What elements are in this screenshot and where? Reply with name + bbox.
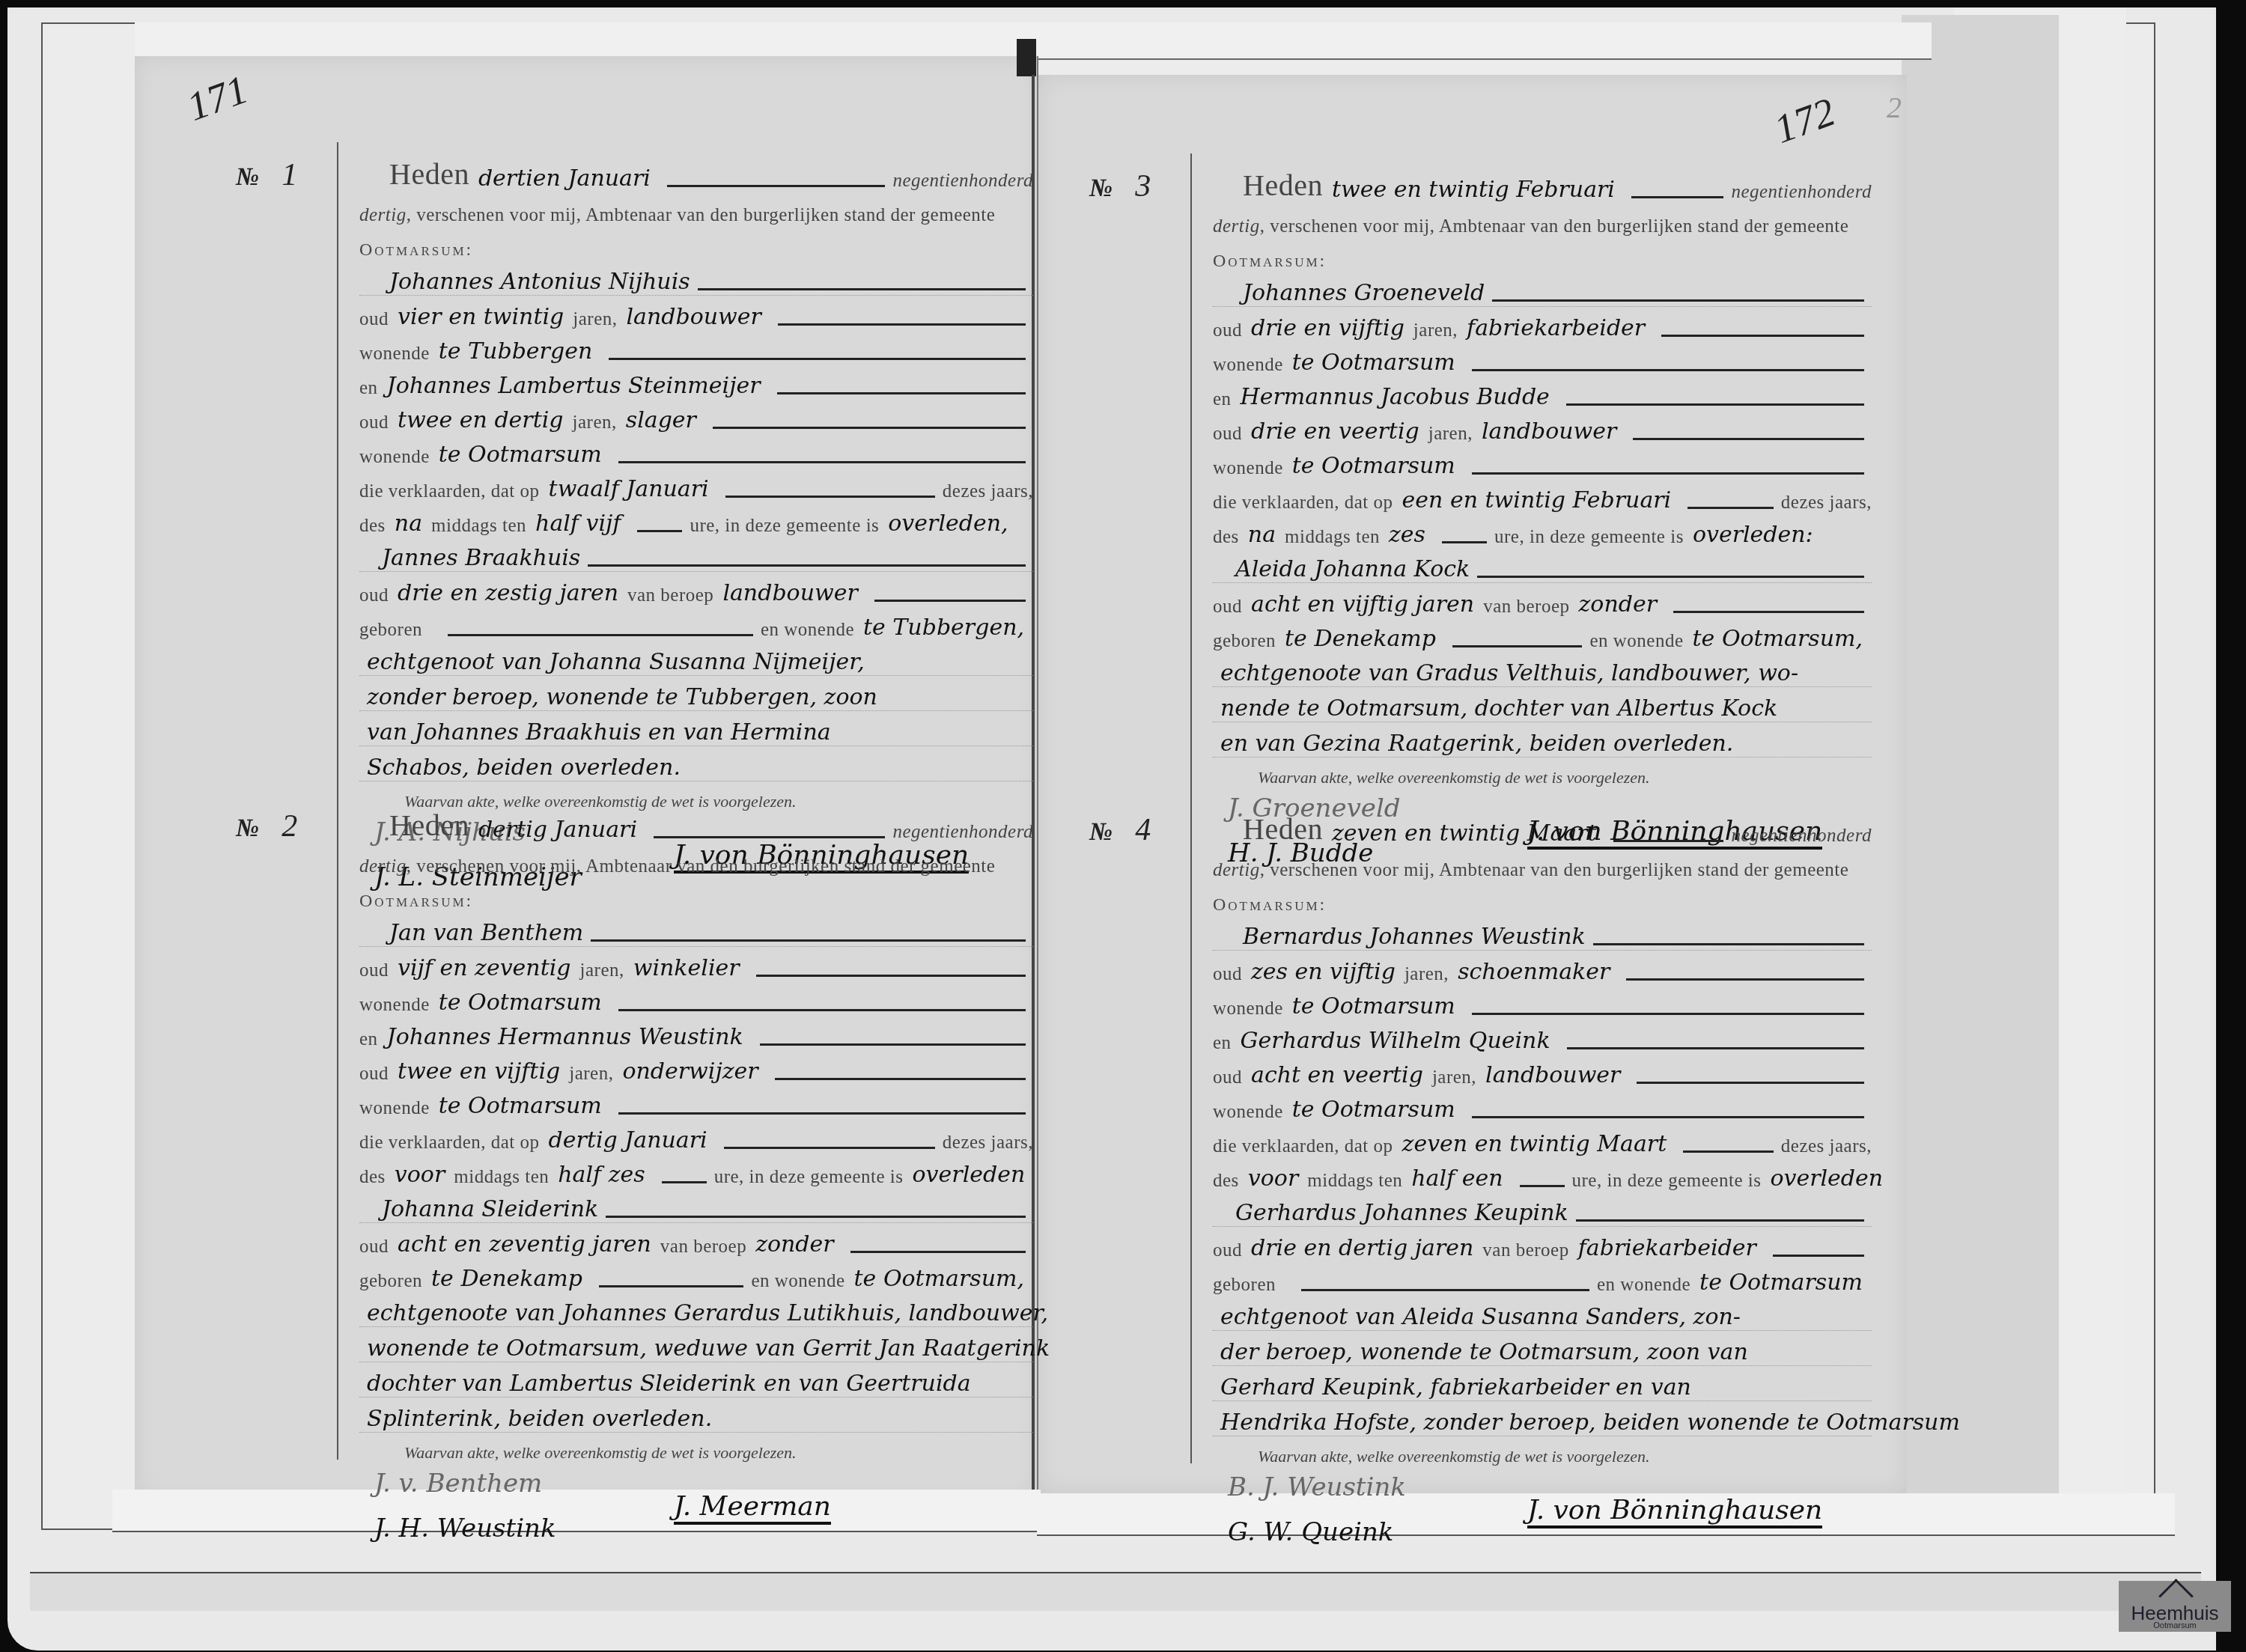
deceased-age: drie en dertig jaren (1251, 1235, 1473, 1261)
witness1-age: vijf en zeventig (398, 955, 571, 981)
am-pm: voor (1248, 1165, 1298, 1192)
witness1-residence: te Tubbergen (439, 338, 592, 365)
en-label: en (359, 378, 378, 399)
detail-line: dochter van Lambertus Sleiderink en van … (359, 1362, 1033, 1398)
detail-line: der beroep, wonende te Ootmarsum, zoon v… (1213, 1331, 1872, 1366)
death-record-2: №2 Hedendertig Januarinegentienhonderd d… (359, 808, 1033, 1581)
deceased-residence: te Ootmarsum (1699, 1270, 1863, 1296)
wonende-label: wonende (1213, 458, 1283, 479)
number-label: № (1089, 174, 1113, 202)
year-suffix: negentienhonderd (1731, 182, 1872, 203)
year-line: dertig (359, 205, 407, 226)
folio-small-mark: 2 (1887, 90, 1902, 125)
heemhuis-logo: Heemhuis Ootmarsum (2119, 1581, 2231, 1632)
record-number: №2 (236, 808, 297, 844)
deceased-residence: te Ootmarsum, (854, 1266, 1024, 1292)
death-date: een en twintig Februari (1402, 487, 1672, 513)
wonende-label: wonende (359, 1098, 430, 1119)
death-time: half een (1411, 1165, 1503, 1192)
deceased-occupation: zonder (1579, 591, 1658, 618)
witness2-residence: te Ootmarsum (439, 442, 602, 468)
year-suffix: negentienhonderd (892, 171, 1033, 192)
detail-line: wonende te Ootmarsum, weduwe van Gerrit … (359, 1327, 1033, 1362)
death-date: dertig Januari (549, 1127, 707, 1153)
des-label: des (1213, 527, 1239, 548)
oud-label: oud (1213, 1067, 1242, 1088)
witness1-age: drie en vijftig (1251, 315, 1404, 341)
jaren-label: jaren, (1413, 320, 1458, 341)
detail-line: echtgenoot van Aleida Susanna Sanders, z… (1213, 1296, 1872, 1331)
margin-rule (1190, 153, 1192, 820)
number-label: № (1089, 818, 1113, 846)
detail-line: Splinterink, beiden overleden. (359, 1398, 1033, 1433)
oud-label: oud (1213, 964, 1242, 985)
declared-label: die verklaarden, dat op (1213, 493, 1393, 513)
margin-rule (1190, 797, 1192, 1463)
witness2-occupation: onderwijzer (622, 1058, 758, 1085)
binding-clip (1017, 39, 1036, 76)
ure-label: ure, in deze gemeente is (1572, 1171, 1762, 1192)
dezes-jaars-label: dezes jaars, (943, 1133, 1033, 1153)
jaren-label: jaren, (573, 309, 617, 330)
detail-line: zonder beroep, wonende te Tubbergen, zoo… (359, 676, 1033, 711)
deceased-age: drie en zestig jaren (398, 580, 618, 606)
municipality: Ootmarsum: (1213, 895, 1327, 915)
number-label: № (236, 163, 259, 191)
detail-line: echtgenoote van Gradus Velthuis, landbou… (1213, 652, 1872, 687)
oud-label: oud (1213, 1240, 1242, 1261)
detail-line: van Johannes Braakhuis en van Hermina (359, 711, 1033, 746)
geboren-label: geboren (1213, 1275, 1276, 1296)
witness2-age: drie en veertig (1251, 418, 1419, 445)
witness1-name: Jan van Benthem (389, 920, 583, 946)
declared-label: die verklaarden, dat op (359, 481, 540, 502)
birthplace: te Denekamp (431, 1266, 582, 1292)
van-beroep-label: van beroep (1483, 597, 1569, 618)
signature-registrar: J. von Bönninghausen (1527, 1495, 1822, 1528)
van-beroep-label: van beroep (660, 1237, 746, 1258)
des-label: des (359, 1167, 386, 1188)
middags-label: middags ten (454, 1167, 549, 1188)
year-line: dertig (1213, 860, 1260, 881)
appeared-text: , verschenen voor mij, Ambtenaar van den… (407, 856, 996, 877)
en-label: en (1213, 389, 1232, 410)
record-number: №4 (1089, 812, 1151, 848)
jaren-label: jaren, (569, 1064, 613, 1085)
heden-label: Heden (1243, 168, 1323, 203)
death-time: zes (1389, 522, 1425, 548)
death-date: zeven en twintig Maart (1402, 1131, 1667, 1157)
ure-label: ure, in deze gemeente is (690, 516, 879, 537)
witness1-occupation: winkelier (633, 955, 740, 981)
dezes-jaars-label: dezes jaars, (1781, 1136, 1872, 1157)
oud-label: oud (1213, 597, 1242, 618)
signature-witness2: J. H. Weustink (374, 1514, 556, 1543)
death-record-3: №3 Hedentwee en twintig Februarinegentie… (1213, 168, 1872, 906)
wonende-label: wonende (359, 447, 430, 468)
witness2-occupation: slager (626, 407, 696, 433)
jaren-label: jaren, (1432, 1067, 1476, 1088)
des-label: des (1213, 1171, 1239, 1192)
signatures: B. J. Weustink G. W. Queink J. von Bönni… (1213, 1472, 1872, 1585)
en-wonende-label: en wonende (1589, 631, 1683, 652)
board-strip (30, 1572, 2201, 1611)
witness1-occupation: landbouwer (627, 304, 761, 330)
year-suffix: negentienhonderd (1731, 826, 1872, 847)
oud-label: oud (359, 1064, 389, 1085)
middags-label: middags ten (431, 516, 526, 537)
deceased-name: Aleida Johanna Kock (1235, 556, 1470, 582)
deceased-residence: te Ootmarsum, (1693, 626, 1863, 652)
record-number: №1 (236, 157, 297, 193)
year-suffix: negentienhonderd (892, 822, 1033, 843)
deceased-residence: te Tubbergen, (863, 615, 1024, 641)
oud-label: oud (359, 585, 389, 606)
geboren-label: geboren (1213, 631, 1276, 652)
oud-label: oud (359, 412, 389, 433)
witness2-name: Johannes Hermannus Weustink (387, 1024, 743, 1050)
death-verb: overleden (913, 1162, 1026, 1188)
year-line: dertig (1213, 216, 1260, 237)
wonende-label: wonende (359, 344, 430, 365)
record-date: twee en twintig Februari (1332, 177, 1615, 203)
ure-label: ure, in deze gemeente is (714, 1167, 904, 1188)
middags-label: middags ten (1307, 1171, 1402, 1192)
signature-witness2: G. W. Queink (1228, 1517, 1393, 1547)
signature-registrar: J. Meerman (674, 1491, 831, 1525)
jaren-label: jaren, (580, 960, 624, 981)
deceased-occupation: fabriekarbeider (1578, 1235, 1756, 1261)
detail-line: Schabos, beiden overleden. (359, 746, 1033, 781)
detail-line: echtgenoote van Johannes Gerardus Lutikh… (359, 1292, 1033, 1327)
witness2-occupation: landbouwer (1482, 418, 1616, 445)
jaren-label: jaren, (573, 412, 617, 433)
van-beroep-label: van beroep (627, 585, 713, 606)
geboren-label: geboren (359, 1271, 422, 1292)
wonende-label: wonende (1213, 1102, 1283, 1123)
witness1-name: Johannes Antonius Nijhuis (389, 269, 690, 295)
jaren-label: jaren, (1428, 424, 1473, 445)
heden-label: Heden (1243, 811, 1323, 847)
oud-label: oud (1213, 320, 1242, 341)
jaren-label: jaren, (1404, 964, 1449, 985)
witness2-name: Hermannus Jacobus Budde (1241, 384, 1550, 410)
dezes-jaars-label: dezes jaars, (1781, 493, 1872, 513)
en-label: en (359, 1029, 378, 1050)
oud-label: oud (359, 1237, 389, 1258)
witness2-residence: te Ootmarsum (1292, 453, 1455, 479)
en-label: en (1213, 1033, 1232, 1054)
detail-line: Hendrika Hofste, zonder beroep, beiden w… (1213, 1401, 1872, 1436)
detail-line: nende te Ootmarsum, dochter van Albertus… (1213, 687, 1872, 722)
detail-line: echtgenoot van Johanna Susanna Nijmeijer… (359, 641, 1033, 676)
death-verb: overleden, (888, 510, 1008, 537)
signature-witness1: J. v. Benthem (374, 1469, 542, 1499)
deceased-name: Gerhardus Johannes Keupink (1235, 1200, 1568, 1226)
appeared-text: , verschenen voor mij, Ambtenaar van den… (407, 205, 996, 226)
deceased-occupation: zonder (755, 1231, 834, 1258)
municipality: Ootmarsum: (359, 891, 473, 912)
death-date: twaalf Januari (549, 476, 709, 502)
witness1-name: Johannes Groeneveld (1243, 280, 1485, 306)
des-label: des (359, 516, 386, 537)
en-wonende-label: en wonende (751, 1271, 844, 1292)
number-value: 3 (1135, 169, 1151, 204)
death-record-4: №4 Hedenzeven en twintig Maartnegentienh… (1213, 812, 1872, 1585)
oud-label: oud (1213, 424, 1242, 445)
witness1-occupation: fabriekarbeider (1467, 315, 1645, 341)
witness1-name: Bernardus Johannes Weustink (1243, 924, 1586, 950)
death-time: half zes (558, 1162, 645, 1188)
witness1-residence: te Ootmarsum (1292, 350, 1455, 376)
declared-label: die verklaarden, dat op (1213, 1136, 1393, 1157)
closing-formula: Waarvan akte, welke overeenkomstig de we… (1258, 1447, 1872, 1472)
closing-formula: Waarvan akte, welke overeenkomstig de we… (1258, 768, 1872, 793)
death-verb: overleden: (1693, 522, 1813, 548)
wonende-label: wonende (1213, 355, 1283, 376)
detail-line: Gerhard Keupink, fabriekarbeider en van (1213, 1366, 1872, 1401)
oud-label: oud (359, 309, 389, 330)
wonende-label: wonende (359, 995, 430, 1016)
deceased-name: Johanna Sleiderink (382, 1196, 598, 1222)
middags-label: middags ten (1285, 527, 1380, 548)
record-date: dertien Januari (478, 165, 651, 192)
number-label: № (236, 814, 259, 842)
am-pm: na (395, 510, 422, 537)
logo-subtitle: Ootmarsum (2119, 1621, 2231, 1630)
year-line: dertig (359, 856, 407, 877)
witness1-age: zes en vijftig (1251, 959, 1396, 985)
deceased-age: acht en vijftig jaren (1251, 591, 1474, 618)
declared-label: die verklaarden, dat op (359, 1133, 540, 1153)
witness1-residence: te Ootmarsum (439, 990, 602, 1016)
geboren-label: geboren (359, 620, 422, 641)
witness2-name: Gerhardus Wilhelm Queink (1241, 1028, 1550, 1054)
witness2-name: Johannes Lambertus Steinmeijer (387, 373, 761, 399)
witness1-age: vier en twintig (398, 304, 564, 330)
signature-witness1: B. J. Weustink (1228, 1472, 1406, 1502)
number-value: 2 (281, 809, 297, 844)
en-wonende-label: en wonende (761, 620, 854, 641)
heden-label: Heden (389, 156, 469, 192)
witness2-residence: te Ootmarsum (439, 1093, 602, 1119)
witness1-residence: te Ootmarsum (1292, 993, 1455, 1019)
oud-label: oud (359, 960, 389, 981)
wonende-label: wonende (1213, 999, 1283, 1019)
witness2-age: acht en veertig (1251, 1062, 1423, 1088)
witness2-residence: te Ootmarsum (1292, 1097, 1455, 1123)
number-value: 1 (281, 158, 297, 192)
deceased-occupation: landbouwer (722, 580, 857, 606)
heden-label: Heden (389, 808, 469, 843)
deceased-name: Jannes Braakhuis (382, 545, 580, 571)
am-pm: voor (395, 1162, 445, 1188)
municipality: Ootmarsum: (1213, 252, 1327, 272)
record-date: dertig Januari (478, 817, 637, 843)
birthplace: te Denekamp (1285, 626, 1436, 652)
appeared-text: , verschenen voor mij, Ambtenaar van den… (1260, 860, 1849, 881)
death-verb: overleden (1770, 1165, 1883, 1192)
underlying-sheet-shadow (1902, 15, 2059, 1505)
margin-rule (337, 142, 338, 808)
signatures: J. v. Benthem J. H. Weustink J. Meerman (359, 1469, 1033, 1581)
record-number: №3 (1089, 168, 1151, 204)
witness2-age: twee en vijftig (398, 1058, 560, 1085)
deceased-age: acht en zeventig jaren (398, 1231, 651, 1258)
ure-label: ure, in deze gemeente is (1494, 527, 1684, 548)
appeared-text: , verschenen voor mij, Ambtenaar van den… (1260, 216, 1849, 237)
am-pm: na (1248, 522, 1276, 548)
van-beroep-label: van beroep (1482, 1240, 1568, 1261)
witness2-age: twee en dertig (398, 407, 564, 433)
number-value: 4 (1135, 813, 1151, 847)
closing-formula: Waarvan akte, welke overeenkomstig de we… (404, 1443, 1033, 1469)
death-time: half vijf (535, 510, 621, 537)
margin-rule (337, 793, 338, 1460)
witness1-occupation: schoenmaker (1458, 959, 1610, 985)
dezes-jaars-label: dezes jaars, (943, 481, 1033, 502)
witness2-occupation: landbouwer (1485, 1062, 1620, 1088)
record-date: zeven en twintig Maart (1332, 820, 1597, 847)
detail-line: en van Gezina Raatgerink, beiden overled… (1213, 722, 1872, 758)
en-wonende-label: en wonende (1597, 1275, 1690, 1296)
municipality: Ootmarsum: (359, 240, 473, 260)
